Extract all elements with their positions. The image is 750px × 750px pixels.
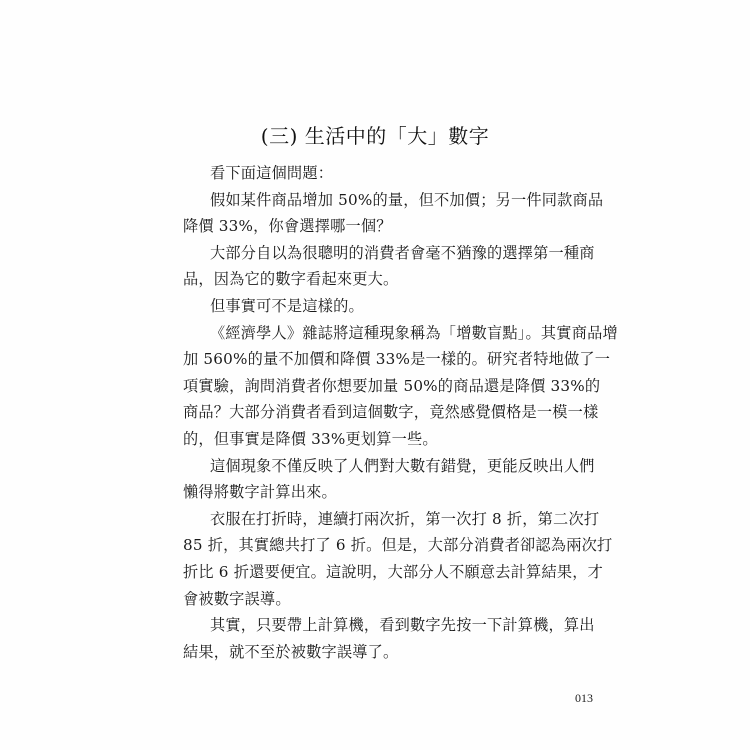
- text-line: 大部分自以為很聰明的消費者會毫不猶豫的選擇第一種商: [183, 240, 571, 267]
- text-line: 折比 6 折還要便宜。這說明，大部分人不願意去計算結果，才: [183, 559, 571, 586]
- text-line: 85 折，其實總共打了 6 折。但是，大部分消費者卻認為兩次打: [183, 532, 571, 559]
- text-line: 商品？大部分消費者看到這個數字，竟然感覺價格是一模一樣: [183, 399, 571, 426]
- body-text: 看下面這個問題： 假如某件商品增加 50%的量，但不加價；另一件同款商品 降價 …: [183, 160, 571, 665]
- text-line: 結果，就不至於被數字誤導了。: [183, 639, 571, 666]
- page-number: 013: [575, 691, 593, 706]
- text-line: 加 560%的量不加價和降價 33%是一樣的。研究者特地做了一: [183, 346, 571, 373]
- text-line: 的，但事實是降價 33%更划算一些。: [183, 426, 571, 453]
- section-title: (三) 生活中的「大」數字: [0, 120, 750, 149]
- book-page: (三) 生活中的「大」數字 看下面這個問題： 假如某件商品增加 50%的量，但不…: [0, 0, 750, 750]
- text-line: 降價 33%，你會選擇哪一個？: [183, 213, 571, 240]
- text-line: 衣服在打折時，連續打兩次折，第一次打 8 折，第二次打: [183, 506, 571, 533]
- text-line: 其實，只要帶上計算機，看到數字先按一下計算機，算出: [183, 612, 571, 639]
- text-line: 品，因為它的數字看起來更大。: [183, 266, 571, 293]
- text-line: 看下面這個問題：: [183, 160, 571, 187]
- text-line: 會被數字誤導。: [183, 586, 571, 613]
- text-line: 假如某件商品增加 50%的量，但不加價；另一件同款商品: [183, 187, 571, 214]
- text-line: 但事實可不是這樣的。: [183, 293, 571, 320]
- text-line: 懶得將數字計算出來。: [183, 479, 571, 506]
- text-line: 項實驗，詢問消費者你想要加量 50%的商品還是降價 33%的: [183, 373, 571, 400]
- text-line: 《經濟學人》雜誌將這種現象稱為「增數盲點」。其實商品增: [183, 320, 571, 347]
- text-line: 這個現象不僅反映了人們對大數有錯覺，更能反映出人們: [183, 453, 571, 480]
